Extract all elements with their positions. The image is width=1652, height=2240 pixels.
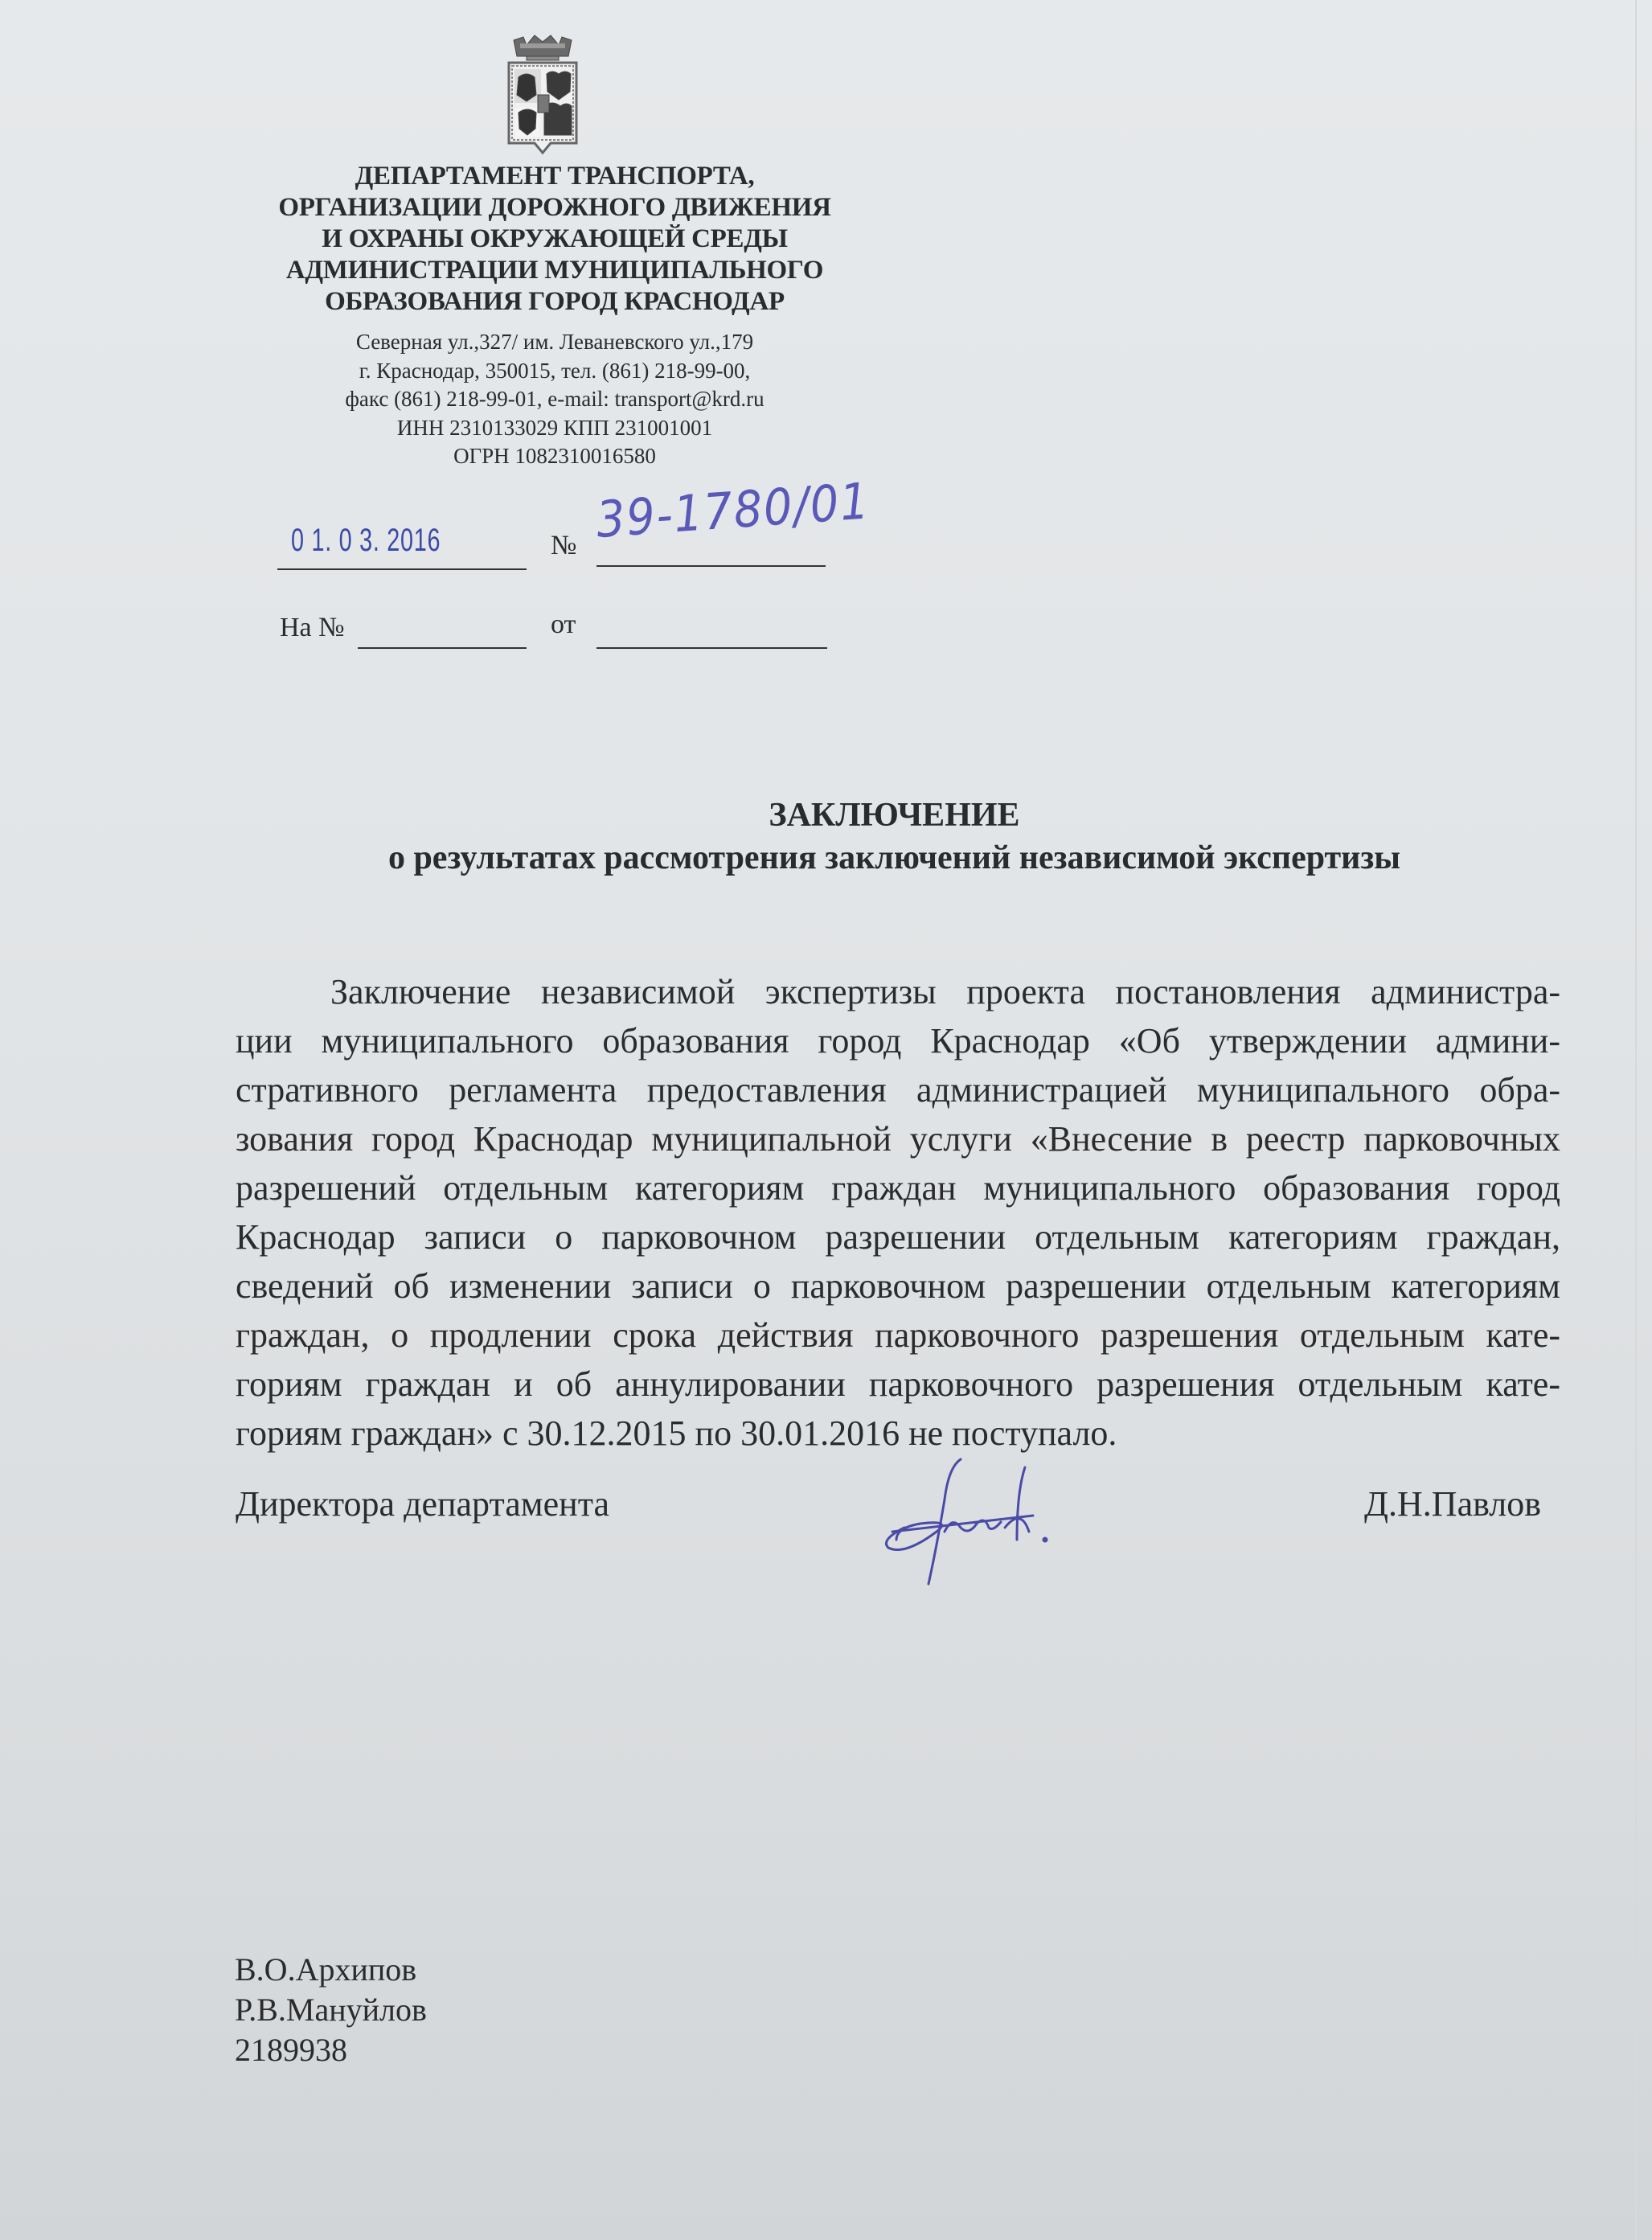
executor-phone: 2189938	[235, 2030, 427, 2070]
body-line: Краснодар записи о парковочном разрешени…	[236, 1212, 1560, 1262]
number-underline	[596, 565, 826, 567]
body-line: граждан, о продлении срока действия парк…	[236, 1311, 1560, 1360]
organization-address: Северная ул.,327/ им. Леваневского ул.,1…	[241, 328, 868, 471]
body-line: сведений об изменении записи о парковочн…	[236, 1262, 1560, 1311]
body-line: Заключение независимой экспертизы проект…	[236, 967, 1560, 1016]
date-underline	[277, 568, 527, 570]
from-label: от	[551, 609, 576, 640]
paper-edge	[1635, 0, 1637, 2240]
org-line: ОБРАЗОВАНИЯ ГОРОД КРАСНОДАР	[241, 286, 868, 318]
organization-name: ДЕПАРТАМЕНТ ТРАНСПОРТА, ОРГАНИЗАЦИИ ДОРО…	[241, 161, 868, 318]
document-title: ЗАКЛЮЧЕНИЕ	[0, 796, 1652, 835]
document-body: Заключение независимой экспертизы проект…	[236, 967, 1560, 1458]
address-line: ИНН 2310133029 КПП 231001001	[241, 414, 868, 443]
body-line: гориям граждан и об аннулировании парков…	[236, 1360, 1560, 1409]
signer-name: Д.Н.Павлов	[1364, 1483, 1541, 1524]
signer-position: Директора департамента	[236, 1483, 609, 1524]
address-line: Северная ул.,327/ им. Леваневского ул.,1…	[241, 328, 868, 357]
org-line: И ОХРАНЫ ОКРУЖАЮЩЕЙ СРЕДЫ	[241, 224, 868, 255]
document-subtitle: о результатах рассмотрения заключений не…	[0, 839, 1652, 877]
executor-name: Р.В.Мануйлов	[235, 1990, 427, 2030]
krasnodar-coat-of-arms-icon	[502, 23, 583, 159]
address-line: факс (861) 218-99-01, e-mail: transport@…	[241, 385, 868, 414]
reply-to-label: На №	[280, 613, 345, 643]
body-line: стративного регламента предоставления ад…	[236, 1065, 1560, 1114]
body-line: зования город Краснодар муниципальной ус…	[236, 1114, 1560, 1163]
org-line: ДЕПАРТАМЕНТ ТРАНСПОРТА,	[241, 161, 868, 192]
handwritten-number: 39-1780/01	[594, 471, 871, 549]
body-line: ции муниципального образования город Кра…	[236, 1016, 1560, 1065]
date-stamp: 0 1. 0 3. 2016	[291, 523, 441, 559]
org-line: ОРГАНИЗАЦИИ ДОРОЖНОГО ДВИЖЕНИЯ	[241, 192, 868, 224]
executor-name: В.О.Архипов	[235, 1950, 427, 1990]
reply-to-underline	[358, 647, 527, 649]
body-line: разрешений отдельным категориям граждан …	[236, 1163, 1560, 1212]
address-line: г. Краснодар, 350015, тел. (861) 218-99-…	[241, 357, 868, 386]
address-line: ОГРН 1082310016580	[241, 442, 868, 471]
from-underline	[596, 647, 827, 649]
executors: В.О.Архипов Р.В.Мануйлов 2189938	[235, 1950, 427, 2070]
handwritten-signature-icon	[872, 1451, 1097, 1588]
number-label: №	[551, 531, 576, 561]
body-line: гориям граждан» с 30.12.2015 по 30.01.20…	[236, 1409, 1560, 1458]
org-line: АДМИНИСТРАЦИИ МУНИЦИПАЛЬНОГО	[241, 255, 868, 286]
